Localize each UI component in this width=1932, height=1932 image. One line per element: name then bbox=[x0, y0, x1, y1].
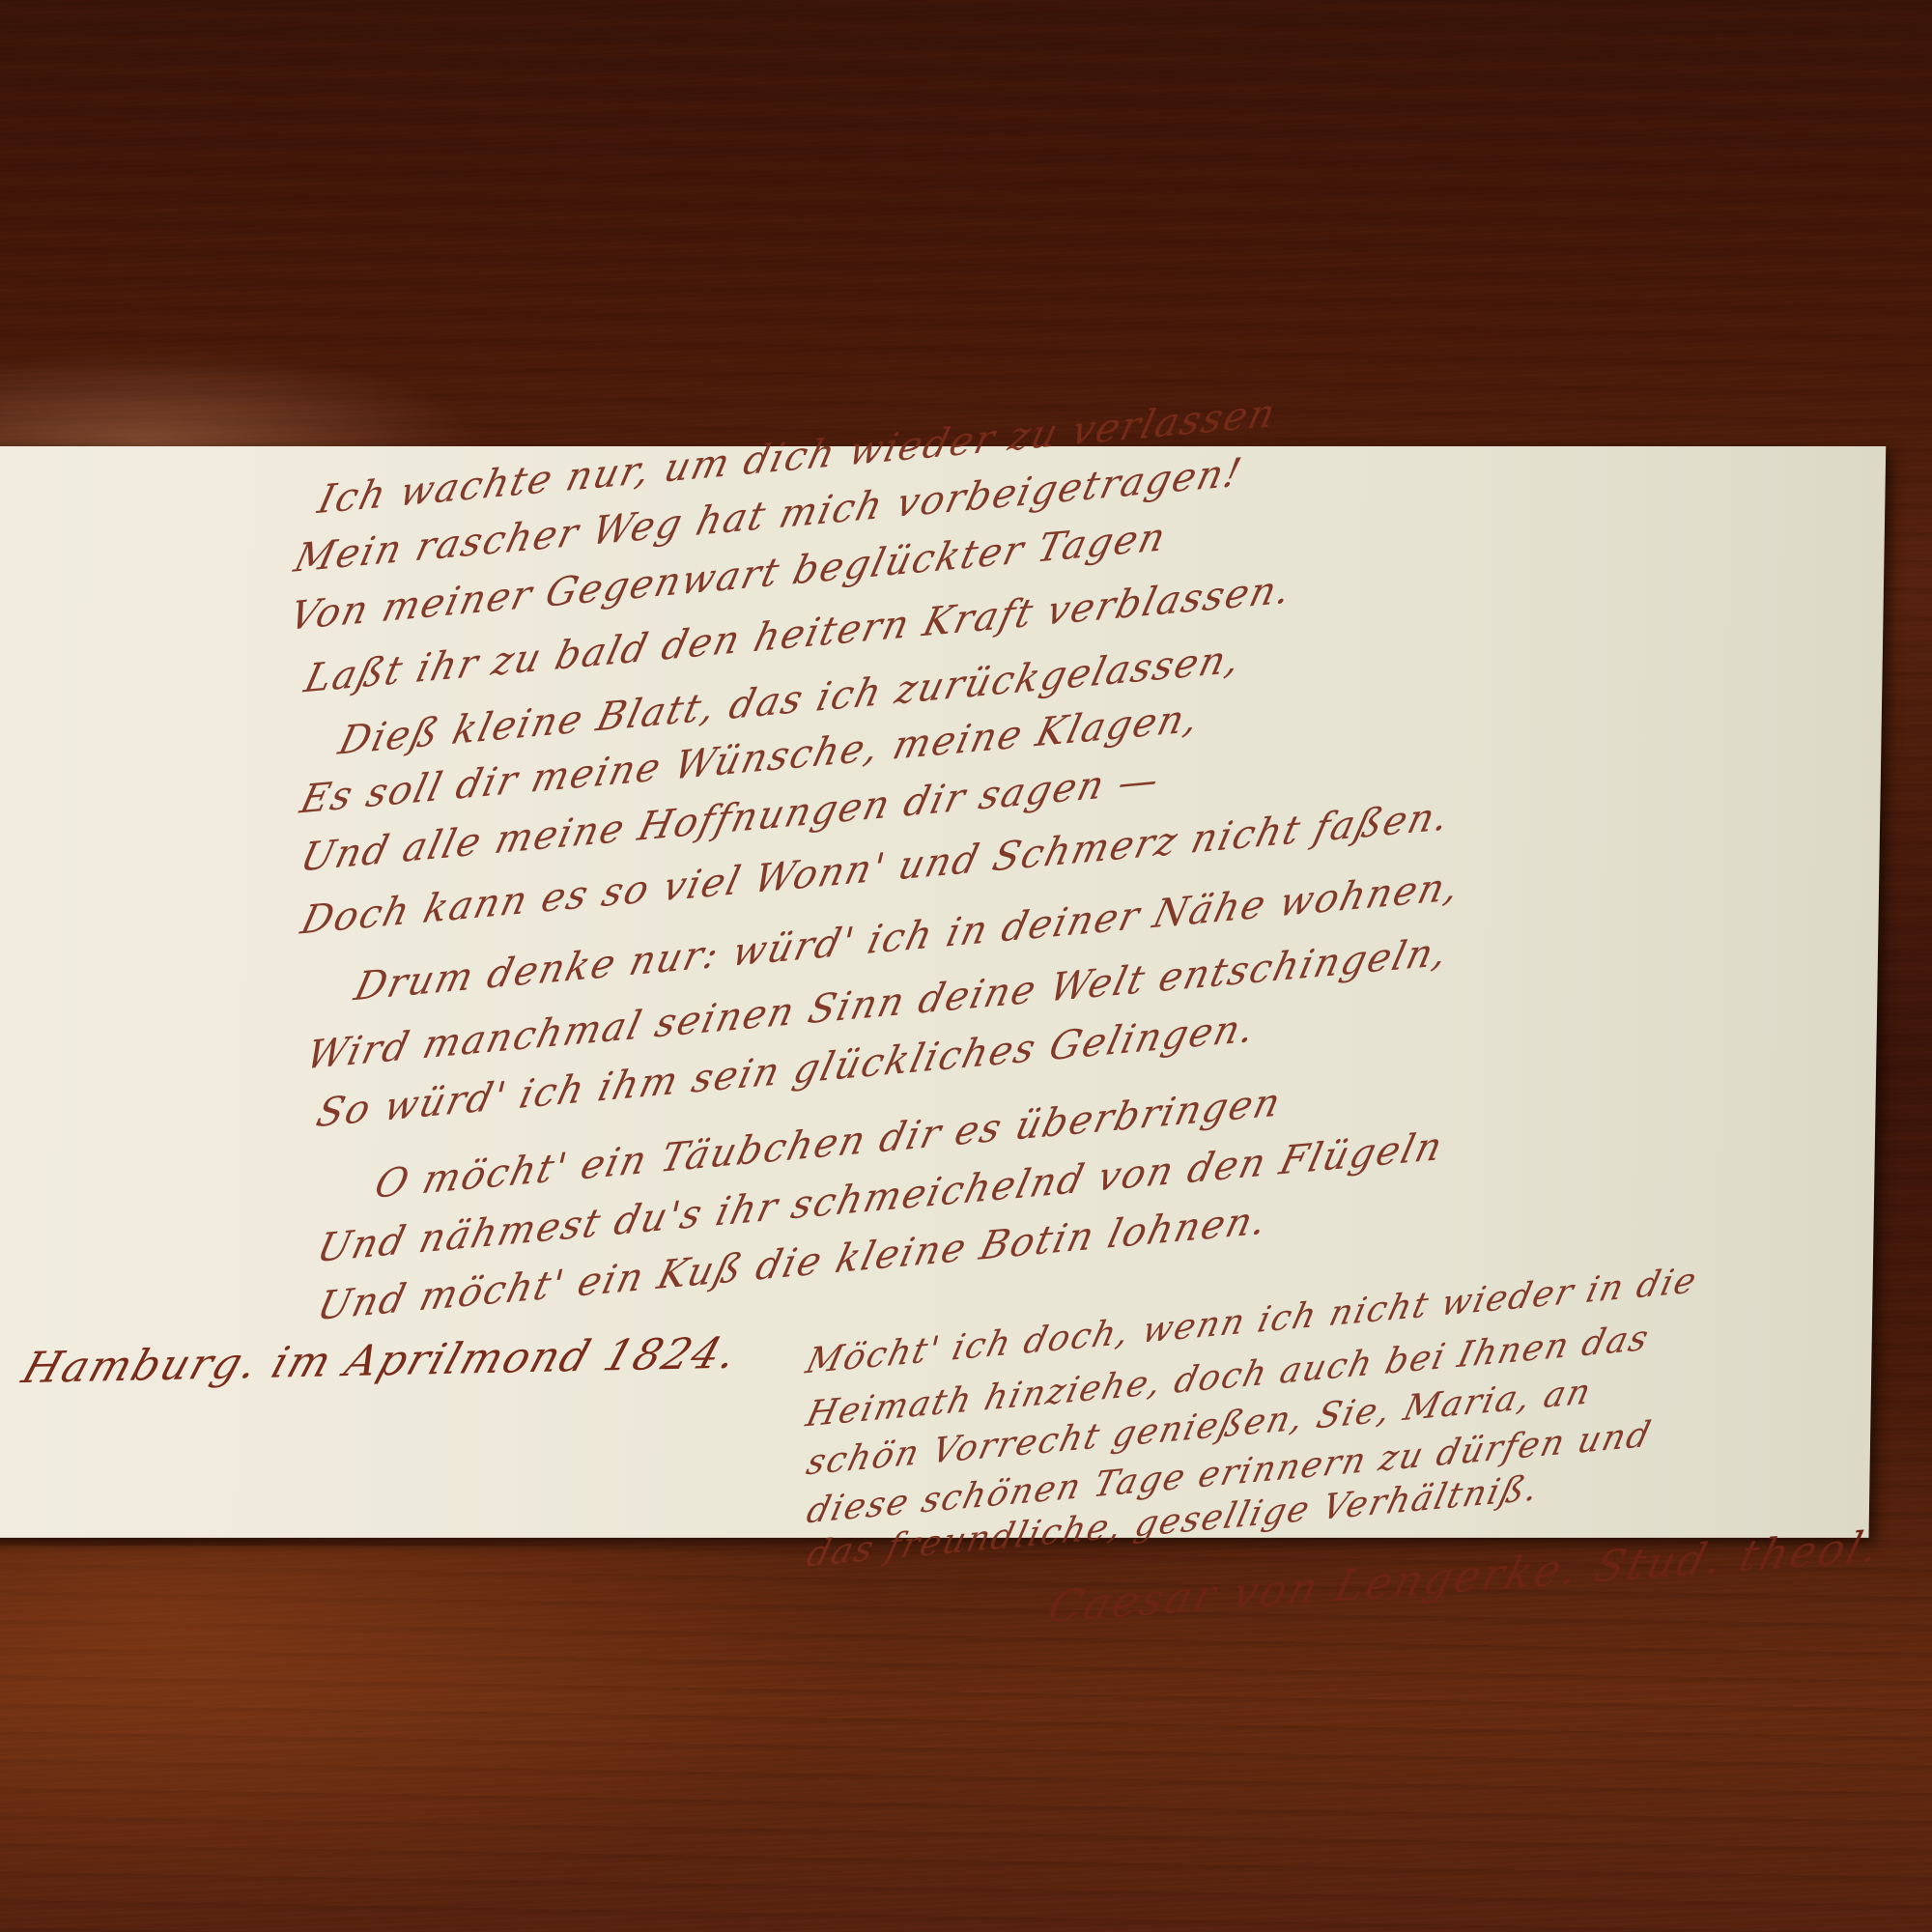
letter-paper: Ich wachte nur, um dich wieder zu verlas… bbox=[0, 446, 1886, 1538]
letter-content: Ich wachte nur, um dich wieder zu verlas… bbox=[0, 407, 1891, 1538]
table-glare-bottom bbox=[0, 1546, 869, 1932]
place-date: Hamburg. im Aprilmond 1824. bbox=[16, 1328, 745, 1393]
